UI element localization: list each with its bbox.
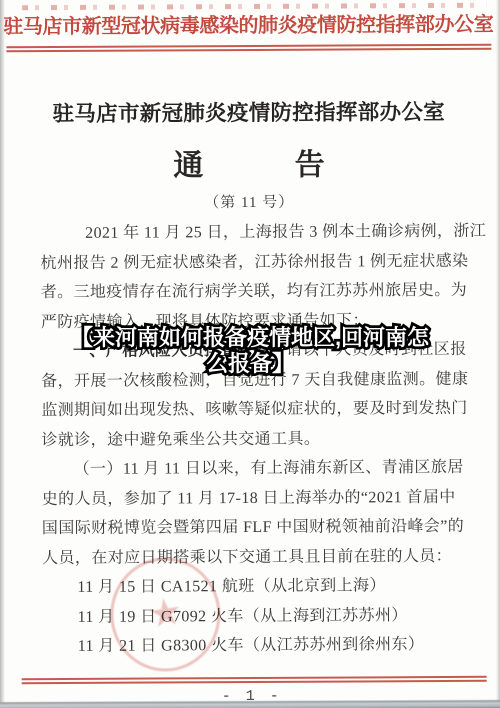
photo-edge-right — [496, 0, 500, 708]
document-body: 2021 年 11 月 25 日，上海报告 3 例本土确诊病例，浙江杭州报告 2… — [40, 217, 465, 662]
document-text-line: 11 月 19 日 G7092 火车（从上海到江苏苏州） — [42, 600, 465, 632]
document-text-line: 杭州报告 2 例无症状感染者，江苏徐州报告 1 例无症状感染 — [40, 246, 463, 278]
document-title: 驻马店市新冠肺炎疫情防控指挥部办公室 — [0, 95, 499, 129]
document-photo: 驻马店市新型冠状病毒感染的肺炎疫情防控指挥部办公室 驻马店市新冠肺炎疫情防控指挥… — [0, 0, 500, 708]
document-text-line: 诊就诊，途中避免乘坐公共交通工具。 — [41, 423, 464, 455]
document-text-line: 史的人员，参加了 11 月 17-18 日上海举办的“2021 首届中 — [42, 482, 465, 514]
document-subtitle: 通 告 — [0, 139, 499, 186]
document-text-line: 人员，在对应日期搭乘以下交通工具且目前在驻的人员： — [42, 541, 465, 573]
photo-edge-left — [0, 0, 5, 708]
document-text-line: 备，开展一次核酸检测，自觉进行 7 天自我健康监测。健康 — [41, 364, 464, 396]
document-text-line: （一）11 月 11 日以来，有上海浦东新区、青浦区旅居 — [42, 453, 465, 485]
letterhead-divider — [6, 44, 491, 53]
photo-bottom-edge — [0, 697, 500, 708]
document-text-line: 2021 年 11 月 25 日，上海报告 3 例本土确诊病例，浙江 — [40, 217, 463, 249]
document-text-line: 11 月 15 日 CA1521 航班（从北京到上海） — [42, 571, 465, 603]
document-text-line: 者。三地疫情存在流行病学关联，均有江苏苏州旅居史。为 — [41, 276, 464, 308]
paper: 驻马店市新型冠状病毒感染的肺炎疫情防控指挥部办公室 驻马店市新冠肺炎疫情防控指挥… — [0, 0, 500, 708]
document-text-line: 11 月 21 日 G8300 火车（从江苏苏州到徐州东） — [42, 630, 465, 662]
document-text-line: 监测期间如出现发热、咳嗽等疑似症状的，要及时到发热门 — [41, 394, 464, 426]
document-text-line: 严防疫情输入，现将具体防控要求通告如下： — [41, 305, 464, 337]
document-number: （第 11 号） — [0, 190, 499, 214]
document-text-line: 国国际财税博览会暨第四届 FLF 中国财税领袖前沿峰会”的 — [42, 512, 465, 544]
footer-divider — [22, 676, 487, 685]
official-seal-stamp: ★ — [110, 557, 221, 672]
letterhead-title: 驻马店市新型冠状病毒感染的肺炎疫情防控指挥部办公室 — [0, 8, 498, 40]
star-icon: ★ — [145, 588, 185, 636]
document-text-line: 一、严格风险人员排查管控。请以下人员及时到社区报 — [41, 335, 464, 367]
